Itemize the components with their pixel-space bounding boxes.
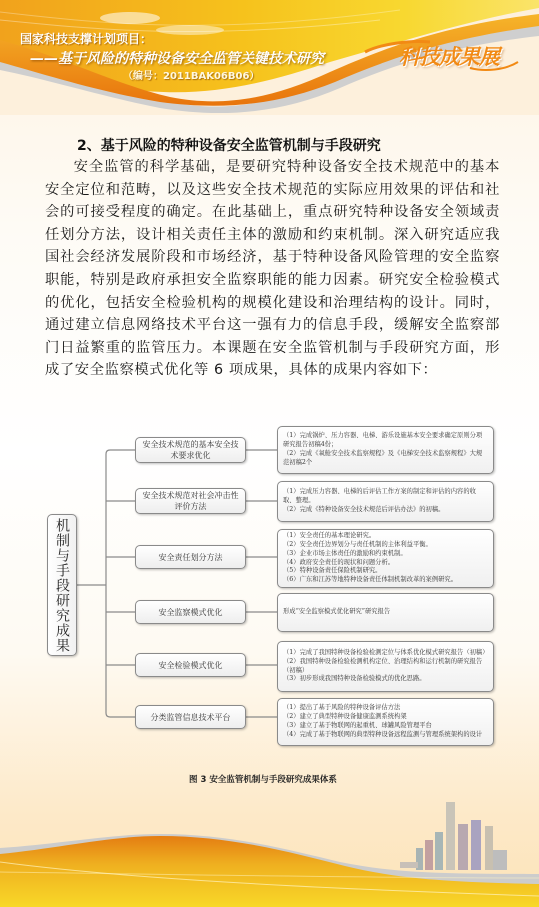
- result-line: （1）完成锅炉、压力容器、电梯、游乐设施基本安全要求确定原则分项研究报告初稿4份…: [283, 432, 488, 450]
- footer-wave-graphic: [0, 800, 539, 907]
- result-line: （1）完成压力容器、电梯的后评估工作方案的制定和评估的内容的收取、整理。: [283, 488, 488, 506]
- factory-illustration: [400, 802, 507, 870]
- result-line: （4）政府安全责任的现状和问题分析。: [283, 559, 488, 568]
- result-box: （1）完成锅炉、压力容器、电梯、游乐设施基本安全要求确定原则分项研究报告初稿4份…: [277, 426, 494, 474]
- result-box: 形成“安全监察模式优化研究”研究报告: [277, 593, 494, 632]
- result-line: （2）我国特种设备检验检测机构定位、治理结构和运行机制的研究报告（初稿）: [283, 658, 488, 676]
- results-diagram: 机制与手段研究成果 安全技术规范的基本安全技术要求优化 安全技术规范对社会冲击性…: [0, 0, 539, 907]
- branch-node: 安全检验模式优化: [135, 653, 246, 677]
- result-line: （2）安全责任边界划分与责任机制的主体利益平衡。: [283, 541, 488, 550]
- result-line: （1）提出了基于风险的特种设备评估方法: [283, 704, 488, 713]
- branch-node: 分类监管信息技术平台: [135, 705, 246, 729]
- result-line: （2）完成《氧舱安全技术监察规程》及《电梯安全技术监察规程》大规范初稿2个: [283, 450, 488, 468]
- footer-banner: [0, 800, 539, 907]
- result-line: （3）初步形成我国特种设备检验模式的优化思路。: [283, 675, 488, 684]
- result-line: （4）完成了基于物联网的典型特种设备远程监测与管理系统架构的设计: [283, 731, 488, 740]
- result-line: 形成“安全监察模式优化研究”研究报告: [283, 608, 488, 617]
- result-box: （1）安全责任的基本理论研究。 （2）安全责任边界划分与责任机制的主体利益平衡。…: [277, 529, 494, 588]
- result-box: （1）提出了基于风险的特种设备评估方法 （2）建立了典型特种设备健康监测系统构架…: [277, 698, 494, 746]
- branch-node: 安全技术规范对社会冲击性评价方法: [135, 488, 246, 514]
- result-box: （1）完成了我国特种设备检验检测定位与体系优化模式研究报告（初稿） （2）我国特…: [277, 641, 494, 692]
- root-node: 机制与手段研究成果: [47, 514, 77, 656]
- branch-node: 安全责任划分方法: [135, 545, 246, 569]
- result-line: （1）安全责任的基本理论研究。: [283, 532, 488, 541]
- result-line: （6）广东和江苏等地特种设备责任体制机制改革的案例研究。: [283, 576, 488, 585]
- root-node-label: 机制与手段研究成果: [52, 518, 72, 653]
- result-line: （2）建立了典型特种设备健康监测系统构架: [283, 713, 488, 722]
- result-line: （5）特种设备责任保险机制研究。: [283, 567, 488, 576]
- branch-node: 安全技术规范的基本安全技术要求优化: [135, 437, 246, 463]
- result-line: （3）企业市场主体责任的激励和约束机制。: [283, 550, 488, 559]
- result-box: （1）完成压力容器、电梯的后评估工作方案的制定和评估的内容的收取、整理。 （2）…: [277, 481, 494, 522]
- figure-caption: 图 3 安全监管机制与手段研究成果体系: [189, 773, 337, 785]
- result-line: （2）完成《特种设备安全技术规范后评估办法》的初稿。: [283, 506, 488, 515]
- result-line: （3）建立了基于物联网的起重机、球罐风险管理平台: [283, 722, 488, 731]
- branch-node: 安全监察模式优化: [135, 600, 246, 624]
- result-line: （1）完成了我国特种设备检验检测定位与体系优化模式研究报告（初稿）: [283, 649, 488, 658]
